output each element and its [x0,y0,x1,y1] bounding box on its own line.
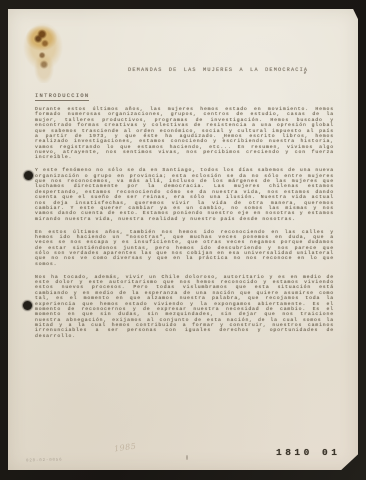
paragraph-2: Y este fenómeno no sólo se da en Santiag… [35,168,334,222]
archive-stamp-number: 1810 01 [276,447,340,458]
document-header: DEMANDAS DE LAS MUJERES A LA DEMOCRACIA [128,67,308,73]
document-body: Durante estos últimos años, las mujeres … [35,107,334,347]
paragraph-4: Nos ha tocado, además, vivir un Chile do… [35,275,334,340]
paragraph-3: En estos últimos años, también nos hemos… [35,230,334,268]
pencil-archive-code: 028-02-0056 [26,459,63,464]
punch-hole-top [24,171,33,180]
ink-stain [20,17,68,83]
paper-speck [186,455,188,460]
punch-hole-bottom [23,301,32,310]
paragraph-1: Durante estos últimos años, las mujeres … [35,107,334,161]
section-title: INTRODUCCION [35,93,89,101]
scanned-document-page: DEMANDAS DE LAS MUJERES A LA DEMOCRACIA … [8,9,358,470]
handwritten-year-note: 1985 [113,441,136,453]
